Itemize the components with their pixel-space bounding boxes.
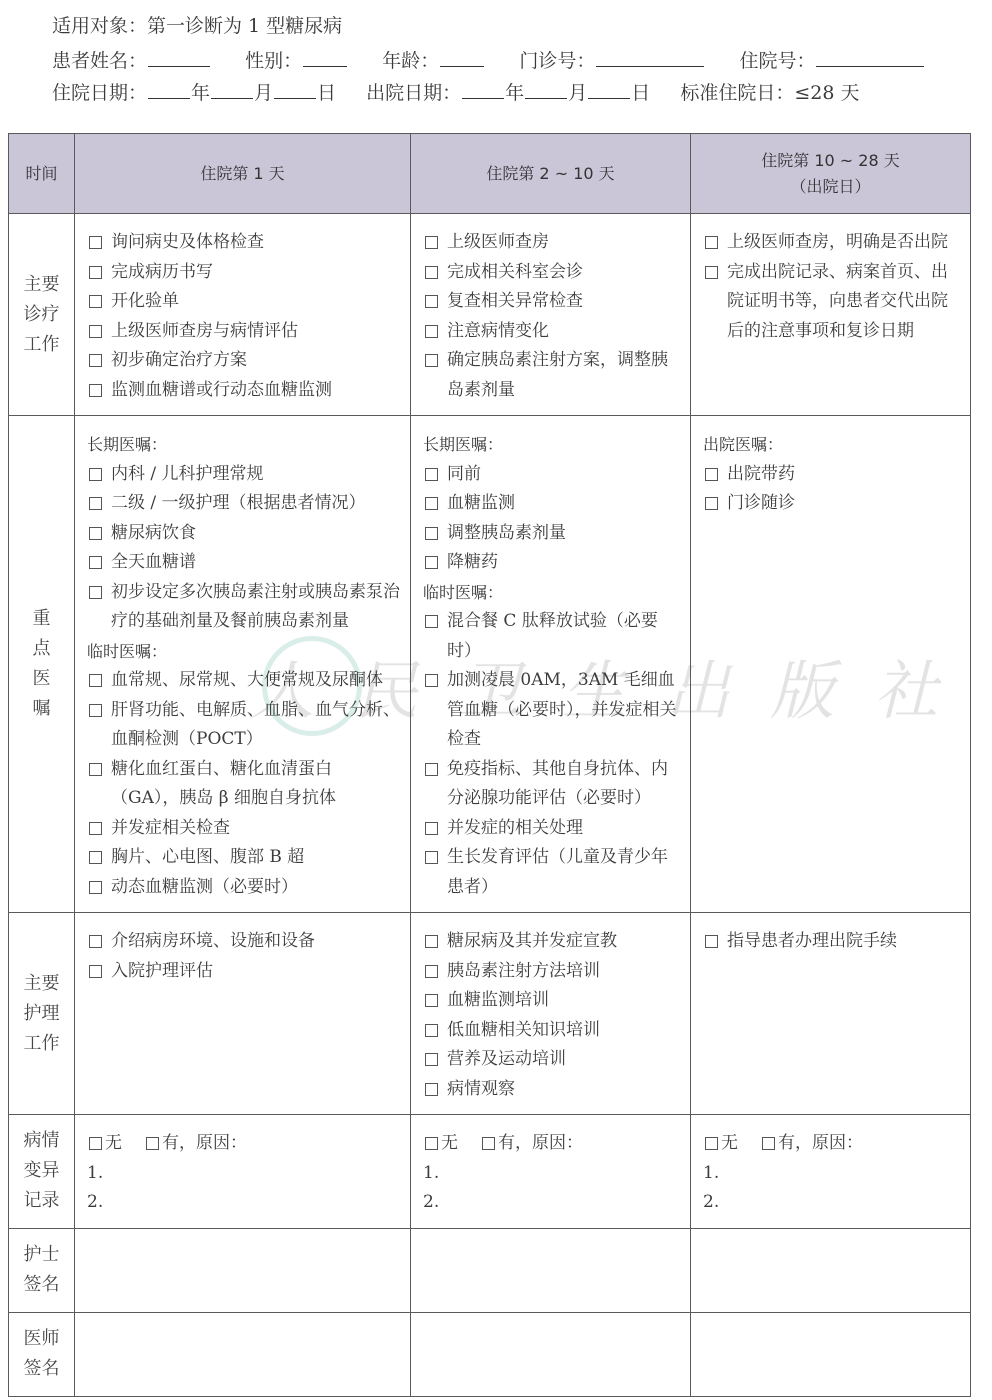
checkbox-icon[interactable] [425,556,438,569]
checkbox-icon[interactable] [425,468,438,481]
checkbox-yes-icon[interactable] [482,1137,495,1150]
discharge-date-label: 出院日期： [366,82,461,104]
checklist-item[interactable]: 介绍病房环境、设施和设备 [87,927,400,957]
checkbox-none-icon[interactable] [89,1137,102,1150]
checklist-item[interactable]: 同前 [423,460,680,490]
table-row-doctor-signature: 医师签名 [9,1312,971,1396]
checkbox-icon[interactable] [425,354,438,367]
checklist-item[interactable]: 初步确定治疗方案 [87,346,400,376]
temporary-orders-title: 临时医嘱： [87,637,400,667]
checkbox-icon[interactable] [425,497,438,510]
admission-date-label: 住院日期： [52,82,147,104]
checklist-item[interactable]: 上级医师查房 [423,228,680,258]
checkbox-icon[interactable] [89,497,102,510]
checkbox-icon[interactable] [425,674,438,687]
admission-day-field[interactable] [274,80,316,99]
checkbox-icon[interactable] [89,384,102,397]
checkbox-icon[interactable] [89,586,102,599]
checkbox-icon[interactable] [705,497,718,510]
nurse-signature-day10-28[interactable] [691,1228,971,1312]
checklist-item[interactable]: 免疫指标、其他自身抗体、内分泌腺功能评估（必要时） [423,755,680,814]
table-row-nurse-signature: 护士签名 [9,1228,971,1312]
diagnosis-day2-10: 上级医师查房 完成相关科室会诊 复查相关异常检查 注意病情变化 确定胰岛素注射方… [411,214,691,416]
row-label-orders: 重点医嘱 [9,416,75,913]
year-label: 年 [505,82,524,104]
temporary-orders-title: 临时医嘱： [423,578,680,608]
checklist-item[interactable]: 确定胰岛素注射方案，调整胰岛素剂量 [423,346,680,405]
checklist-item[interactable]: 内科 / 儿科护理常规 [87,460,400,490]
long-term-orders-title: 长期医嘱： [87,430,400,460]
month-label: 月 [568,82,587,104]
checklist-item[interactable]: 生长发育评估（儿童及青少年患者） [423,843,680,902]
table-row-nursing: 主要护理工作 介绍病房环境、设施和设备 入院护理评估 糖尿病及其并发症宣教 胰岛… [9,913,971,1115]
age-label: 年龄： [382,50,439,72]
checkbox-icon[interactable] [89,763,102,776]
checkbox-icon[interactable] [89,851,102,864]
outpatient-no-label: 门诊号： [519,50,595,72]
checkbox-icon[interactable] [425,1024,438,1037]
patient-name-label: 患者姓名： [52,50,147,72]
year-label: 年 [191,82,210,104]
checkbox-icon[interactable] [89,527,102,540]
checkbox-icon[interactable] [705,468,718,481]
orders-day2-10: 长期医嘱： 同前 血糖监测 调整胰岛素剂量 降糖药 临时医嘱： 混合餐 C 肽释… [411,416,691,913]
inpatient-no-label: 住院号： [739,50,815,72]
row-label-variance: 病情变异记录 [9,1115,75,1229]
diagnosis-day10-28: 上级医师查房，明确是否出院 完成出院记录、病案首页、出院证明书等，向患者交代出院… [691,214,971,416]
checkbox-icon[interactable] [425,266,438,279]
checkbox-icon[interactable] [89,236,102,249]
checkbox-icon[interactable] [425,295,438,308]
nursing-day10-28: 指导患者办理出院手续 [691,913,971,1115]
applicable-subject: 适用对象：第一诊断为 1 型糖尿病 [52,14,342,38]
checkbox-icon[interactable] [89,704,102,717]
checklist-item[interactable]: 监测血糖谱或行动态血糖监测 [87,376,400,406]
col-day1: 住院第 1 天 [75,134,411,214]
row-label-nurse-signature: 护士签名 [9,1228,75,1312]
checklist-item[interactable]: 开化验单 [87,287,400,317]
checklist-item[interactable]: 并发症相关检查 [87,814,400,844]
checkbox-icon[interactable] [89,325,102,338]
col-day10-28-title: 住院第 10 ~ 28 天 [691,148,970,174]
checklist-item[interactable]: 胰岛素注射方法培训 [423,957,680,987]
gender-field[interactable] [303,48,347,67]
checklist-item[interactable]: 注意病情变化 [423,317,680,347]
checklist-item[interactable]: 调整胰岛素剂量 [423,519,680,549]
col-day2-10: 住院第 2 ~ 10 天 [411,134,691,214]
checklist-item[interactable]: 全天血糖谱 [87,548,400,578]
inpatient-no-field[interactable] [816,48,924,67]
table-row-variance: 病情变异记录 无有，原因： 1. 2. 无有，原因： 1. 2. 无有，原因： … [9,1115,971,1229]
checkbox-none-icon[interactable] [425,1137,438,1150]
checklist-item[interactable]: 血常规、尿常规、大便常规及尿酮体 [87,666,400,696]
variance-day1: 无有，原因： 1. 2. [75,1115,411,1229]
checkbox-icon[interactable] [425,1083,438,1096]
checklist-item[interactable]: 血糖监测培训 [423,986,680,1016]
checkbox-icon[interactable] [89,354,102,367]
variance-reason-2[interactable]: 2. [703,1188,960,1218]
gender-label: 性别： [245,50,302,72]
nursing-day2-10: 糖尿病及其并发症宣教 胰岛素注射方法培训 血糖监测培训 低血糖相关知识培训 营养… [411,913,691,1115]
checkbox-icon[interactable] [425,763,438,776]
checklist-item[interactable]: 询问病史及体格检查 [87,228,400,258]
long-term-orders-title: 长期医嘱： [423,430,680,460]
checkbox-icon[interactable] [705,935,718,948]
checklist-item[interactable]: 复查相关异常检查 [423,287,680,317]
doctor-signature-day10-28[interactable] [691,1312,971,1396]
variance-day10-28: 无有，原因： 1. 2. [691,1115,971,1229]
variance-reason-1[interactable]: 1. [423,1159,680,1189]
checkbox-icon[interactable] [425,236,438,249]
table-row-diagnosis: 主要诊疗工作 询问病史及体格检查 完成病历书写 开化验单 上级医师查房与病情评估… [9,214,971,416]
date-line: 住院日期：年月日 出院日期：年月日 标准住院日：≤28 天 [52,80,859,105]
checklist-item[interactable]: 指导患者办理出院手续 [703,927,960,957]
checklist-item[interactable]: 糖尿病饮食 [87,519,400,549]
checkbox-icon[interactable] [89,295,102,308]
checkbox-icon[interactable] [89,266,102,279]
checkbox-none-icon[interactable] [705,1137,718,1150]
checklist-item[interactable]: 完成出院记录、病案首页、出院证明书等，向患者交代出院后的注意事项和复诊日期 [703,258,960,347]
checkbox-icon[interactable] [89,965,102,978]
checkbox-icon[interactable] [425,935,438,948]
nursing-day1: 介绍病房环境、设施和设备 入院护理评估 [75,913,411,1115]
checklist-item[interactable]: 入院护理评估 [87,957,400,987]
table-header-row: 时间 住院第 1 天 住院第 2 ~ 10 天 住院第 10 ~ 28 天 （出… [9,134,971,214]
nurse-signature-day1[interactable] [75,1228,411,1312]
row-label-doctor-signature: 医师签名 [9,1312,75,1396]
checkbox-icon[interactable] [425,851,438,864]
row-label-diagnosis: 主要诊疗工作 [9,214,75,416]
admission-year-field[interactable] [148,80,190,99]
discharge-year-field[interactable] [462,80,504,99]
variance-day2-10: 无有，原因： 1. 2. [411,1115,691,1229]
orders-day10-28: 出院医嘱： 出院带药 门诊随诊 [691,416,971,913]
checklist-item[interactable]: 混合餐 C 肽释放试验（必要时） [423,607,680,666]
standard-stay: 标准住院日：≤28 天 [680,82,859,104]
nurse-signature-day2-10[interactable] [411,1228,691,1312]
day-label: 日 [317,82,336,104]
variance-reason-1[interactable]: 1. [87,1159,400,1189]
checkbox-icon[interactable] [89,881,102,894]
doctor-signature-day2-10[interactable] [411,1312,691,1396]
checkbox-icon[interactable] [425,527,438,540]
checklist-item[interactable]: 低血糖相关知识培训 [423,1016,680,1046]
checklist-item[interactable]: 门诊随诊 [703,489,960,519]
variance-reason-2[interactable]: 2. [87,1188,400,1218]
checklist-item[interactable]: 胸片、心电图、腹部 B 超 [87,843,400,873]
checklist-item[interactable]: 上级医师查房，明确是否出院 [703,228,960,258]
checkbox-icon[interactable] [425,965,438,978]
checklist-item[interactable]: 完成相关科室会诊 [423,258,680,288]
patient-info-line: 患者姓名： 性别： 年龄： 门诊号： 住院号： [52,48,925,73]
checklist-item[interactable]: 病情观察 [423,1075,680,1105]
checklist-item[interactable]: 血糖监测 [423,489,680,519]
row-label-nursing: 主要护理工作 [9,913,75,1115]
checkbox-yes-icon[interactable] [762,1137,775,1150]
clinical-pathway-table: 时间 住院第 1 天 住院第 2 ~ 10 天 住院第 10 ~ 28 天 （出… [8,133,971,1397]
orders-day1: 长期医嘱： 内科 / 儿科护理常规 二级 / 一级护理（根据患者情况） 糖尿病饮… [75,416,411,913]
variance-reason-2[interactable]: 2. [423,1188,680,1218]
checklist-item[interactable]: 加测凌晨 0AM，3AM 毛细血管血糖（必要时），并发症相关检查 [423,666,680,755]
checkbox-icon[interactable] [425,325,438,338]
checklist-item[interactable]: 动态血糖监测（必要时） [87,873,400,903]
col-time: 时间 [9,134,75,214]
checklist-item[interactable]: 并发症的相关处理 [423,814,680,844]
checkbox-icon[interactable] [89,935,102,948]
discharge-day-field[interactable] [588,80,630,99]
checklist-item[interactable]: 营养及运动培训 [423,1045,680,1075]
checkbox-icon[interactable] [89,674,102,687]
doctor-signature-day1[interactable] [75,1312,411,1396]
discharge-month-field[interactable] [525,80,567,99]
patient-name-field[interactable] [148,48,210,67]
col-day10-28: 住院第 10 ~ 28 天 （出院日） [691,134,971,214]
day-label: 日 [631,82,650,104]
diagnosis-day1: 询问病史及体格检查 完成病历书写 开化验单 上级医师查房与病情评估 初步确定治疗… [75,214,411,416]
checkbox-icon[interactable] [425,1053,438,1066]
admission-month-field[interactable] [211,80,253,99]
checkbox-icon[interactable] [425,822,438,835]
checklist-item[interactable]: 降糖药 [423,548,680,578]
col-day10-28-subtitle: （出院日） [691,174,970,200]
checkbox-icon[interactable] [425,994,438,1007]
checklist-item[interactable]: 出院带药 [703,460,960,490]
outpatient-no-field[interactable] [596,48,704,67]
checkbox-yes-icon[interactable] [146,1137,159,1150]
checklist-item[interactable]: 肝肾功能、电解质、血脂、血气分析、血酮检测（POCT） [87,696,400,755]
checklist-item[interactable]: 糖化血红蛋白、糖化血清蛋白（GA），胰岛 β 细胞自身抗体 [87,755,400,814]
checklist-item[interactable]: 糖尿病及其并发症宣教 [423,927,680,957]
discharge-orders-title: 出院医嘱： [703,430,960,460]
checklist-item[interactable]: 二级 / 一级护理（根据患者情况） [87,489,400,519]
age-field[interactable] [440,48,484,67]
checklist-item[interactable]: 初步设定多次胰岛素注射或胰岛素泵治疗的基础剂量及餐前胰岛素剂量 [87,578,400,637]
checkbox-icon[interactable] [89,822,102,835]
checkbox-icon[interactable] [89,468,102,481]
checkbox-icon[interactable] [705,266,718,279]
checkbox-icon[interactable] [705,236,718,249]
checklist-item[interactable]: 完成病历书写 [87,258,400,288]
month-label: 月 [254,82,273,104]
table-row-orders: 重点医嘱 长期医嘱： 内科 / 儿科护理常规 二级 / 一级护理（根据患者情况）… [9,416,971,913]
checklist-item[interactable]: 上级医师查房与病情评估 [87,317,400,347]
variance-reason-1[interactable]: 1. [703,1159,960,1189]
checkbox-icon[interactable] [425,615,438,628]
checkbox-icon[interactable] [89,556,102,569]
